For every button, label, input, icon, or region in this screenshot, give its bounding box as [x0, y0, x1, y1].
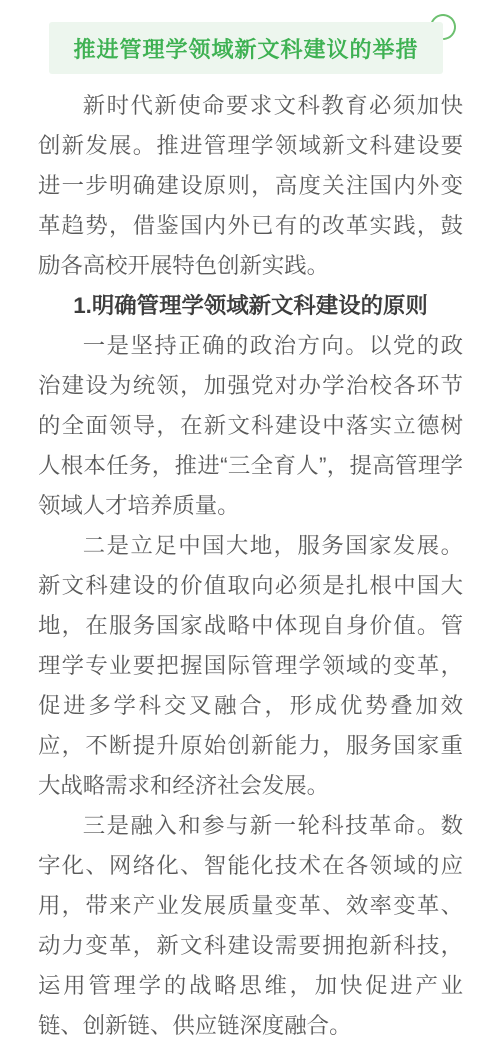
paragraph-point-2: 二是立足中国大地，服务国家发展。新文科建设的价值取向必须是扎根中国大地，在服务国… — [38, 526, 463, 806]
page-title: 推进管理学领域新文科建议的举措 — [73, 33, 418, 64]
section-heading: 1.明确管理学领域新文科建设的原则 — [38, 286, 463, 326]
paragraph-point-1: 一是坚持正确的政治方向。以党的政治建设为统领，加强党对办学治校各环节的全面领导，… — [38, 326, 463, 526]
paragraph-intro: 新时代新使命要求文科教育必须加快创新发展。推进管理学领域新文科建设要进一步明确建… — [38, 86, 463, 286]
title-banner: 推进管理学领域新文科建议的举措 — [49, 22, 443, 74]
paragraph-point-3: 三是融入和参与新一轮科技革命。数字化、网络化、智能化技术在各领域的应用，带来产业… — [38, 806, 463, 1042]
article-body: 新时代新使命要求文科教育必须加快创新发展。推进管理学领域新文科建设要进一步明确建… — [38, 86, 463, 1042]
